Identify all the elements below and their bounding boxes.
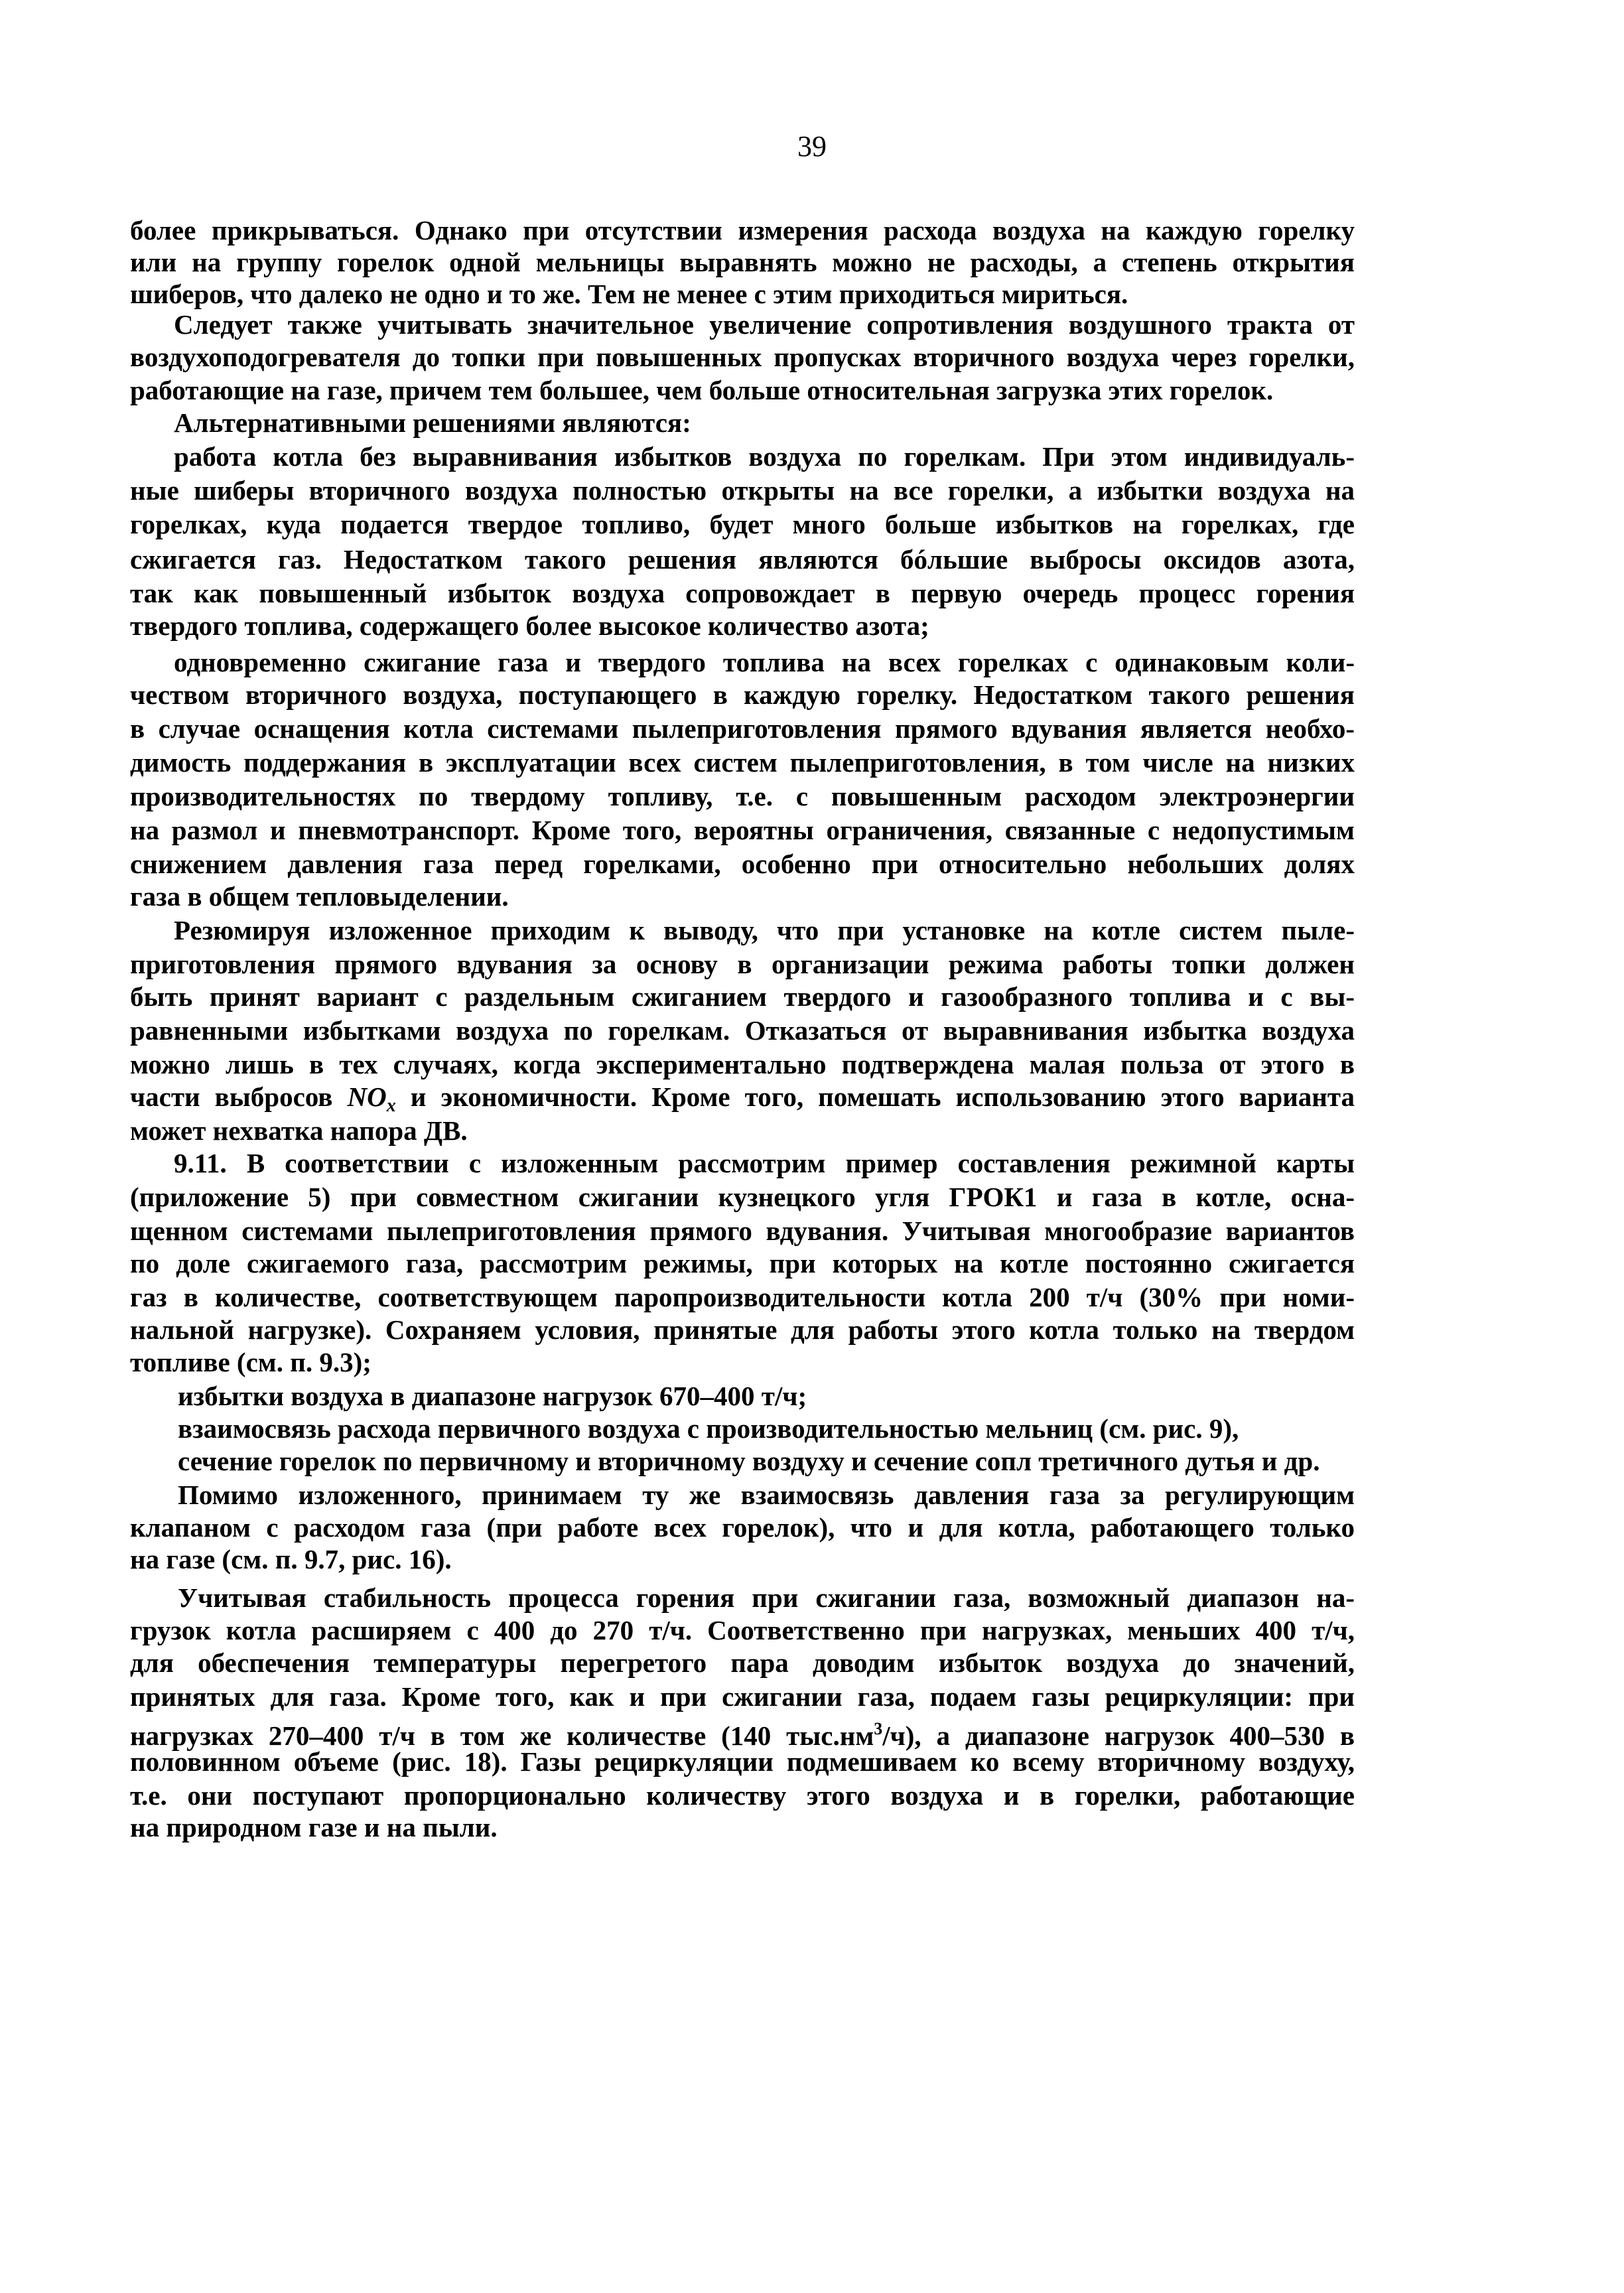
document-page: 39 более прикрываться. Однако при отсутс… [0, 0, 1624, 2293]
text-line: газ в количестве, соответствующем паропр… [130, 1281, 1355, 1314]
text-line: щенном системами пылеприготовления прямо… [130, 1214, 1355, 1247]
text-line: в случае оснащения котла системами пылеп… [130, 712, 1355, 745]
text-line: Резюмируя изложенное приходим к выводу, … [174, 914, 1355, 947]
text-line: взаимосвязь расхода первичного воздуха с… [178, 1412, 1355, 1445]
text-line: т.е. они поступают пропорционально колич… [130, 1779, 1355, 1812]
text-line: (приложение 5) при совместном сжигании к… [130, 1180, 1355, 1214]
text-line: принятых для газа. Кроме того, как и при… [130, 1680, 1355, 1713]
text-line: твердого топлива, содержащего более высо… [130, 609, 1355, 642]
text-line: можно лишь в тех случаях, когда эксперим… [130, 1048, 1355, 1081]
text-line: 9.11. В соответствии с изложенным рассмо… [174, 1146, 1355, 1180]
text-line: сечение горелок по первичному и вторично… [178, 1444, 1355, 1478]
text-line: сжигается газ. Недостатком такого решени… [130, 543, 1355, 576]
text-line: ные шиберы вторичного воздуха полностью … [130, 474, 1355, 507]
text-line: воздухоподогревателя до топки при повыше… [130, 340, 1355, 374]
text-line: работа котла без выравнивания избытков в… [174, 440, 1355, 473]
text-line: Учитывая стабильность процесса горения п… [178, 1581, 1355, 1614]
text-line: более прикрываться. Однако при отсутстви… [130, 214, 1355, 247]
text-line: на газе (см. п. 9.7, рис. 16). [130, 1543, 1355, 1576]
text-line: для обеспечения температуры перегретого … [130, 1646, 1355, 1679]
text-line: Альтернативными решениями являются: [174, 406, 1355, 439]
body-text: более прикрываться. Однако при отсутстви… [0, 0, 1624, 2293]
text-line: равненными избытками воздуха по горелкам… [130, 1014, 1355, 1047]
nox-formula: NOx [348, 1081, 396, 1112]
text-line: работающие на газе, причем тем большее, … [130, 374, 1355, 407]
superscript: 3 [874, 1719, 882, 1738]
text-line: Следует также учитывать значительное уве… [174, 308, 1355, 341]
text-line: быть принят вариант с раздельным сжигани… [130, 980, 1355, 1013]
text-line: или на группу горелок одной мельницы выр… [130, 245, 1355, 279]
text-line: Помимо изложенного, принимаем ту же взаи… [178, 1478, 1355, 1511]
text-line: так как повышенный избыток воздуха сопро… [130, 577, 1355, 610]
text-line: производительностях по твердому топливу,… [130, 780, 1355, 813]
text-line: на природном газе и на пыли. [130, 1811, 1355, 1844]
text-line: горелках, куда подается твердое топливо,… [130, 508, 1355, 541]
text-line: части выбросов NOx и экономичности. Кром… [130, 1080, 1355, 1113]
text-line: топливе (см. п. 9.3); [130, 1346, 1355, 1379]
text-line: снижением давления газа перед горелками,… [130, 847, 1355, 880]
text-line: по доле сжигаемого газа, рассмотрим режи… [130, 1247, 1355, 1280]
text-line: половинном объеме (рис. 18). Газы рецирк… [130, 1745, 1355, 1778]
text-line: клапаном с расходом газа (при работе все… [130, 1511, 1355, 1544]
text-line: нагрузках 270–400 т/ч в том же количеств… [130, 1712, 1355, 1746]
text-line: приготовления прямого вдувания за основу… [130, 947, 1355, 981]
text-line: на размол и пневмотранспорт. Кроме того,… [130, 813, 1355, 847]
text-line: одновременно сжигание газа и твердого то… [174, 646, 1355, 679]
text-line: димость поддержания в эксплуатации всех … [130, 746, 1355, 779]
text-line: шиберов, что далеко не одно и то же. Тем… [130, 277, 1355, 311]
text-line: нальной нагрузке). Сохраняем условия, пр… [130, 1313, 1355, 1346]
text-line: газа в общем тепловыделении. [130, 880, 1355, 913]
text-line: может нехватка напора ДВ. [130, 1114, 1355, 1147]
text-line: избытки воздуха в диапазоне нагрузок 670… [178, 1379, 1355, 1413]
text-line: грузок котла расширяем с 400 до 270 т/ч.… [130, 1614, 1355, 1647]
text-line: чеством вторичного воздуха, поступающего… [130, 678, 1355, 711]
